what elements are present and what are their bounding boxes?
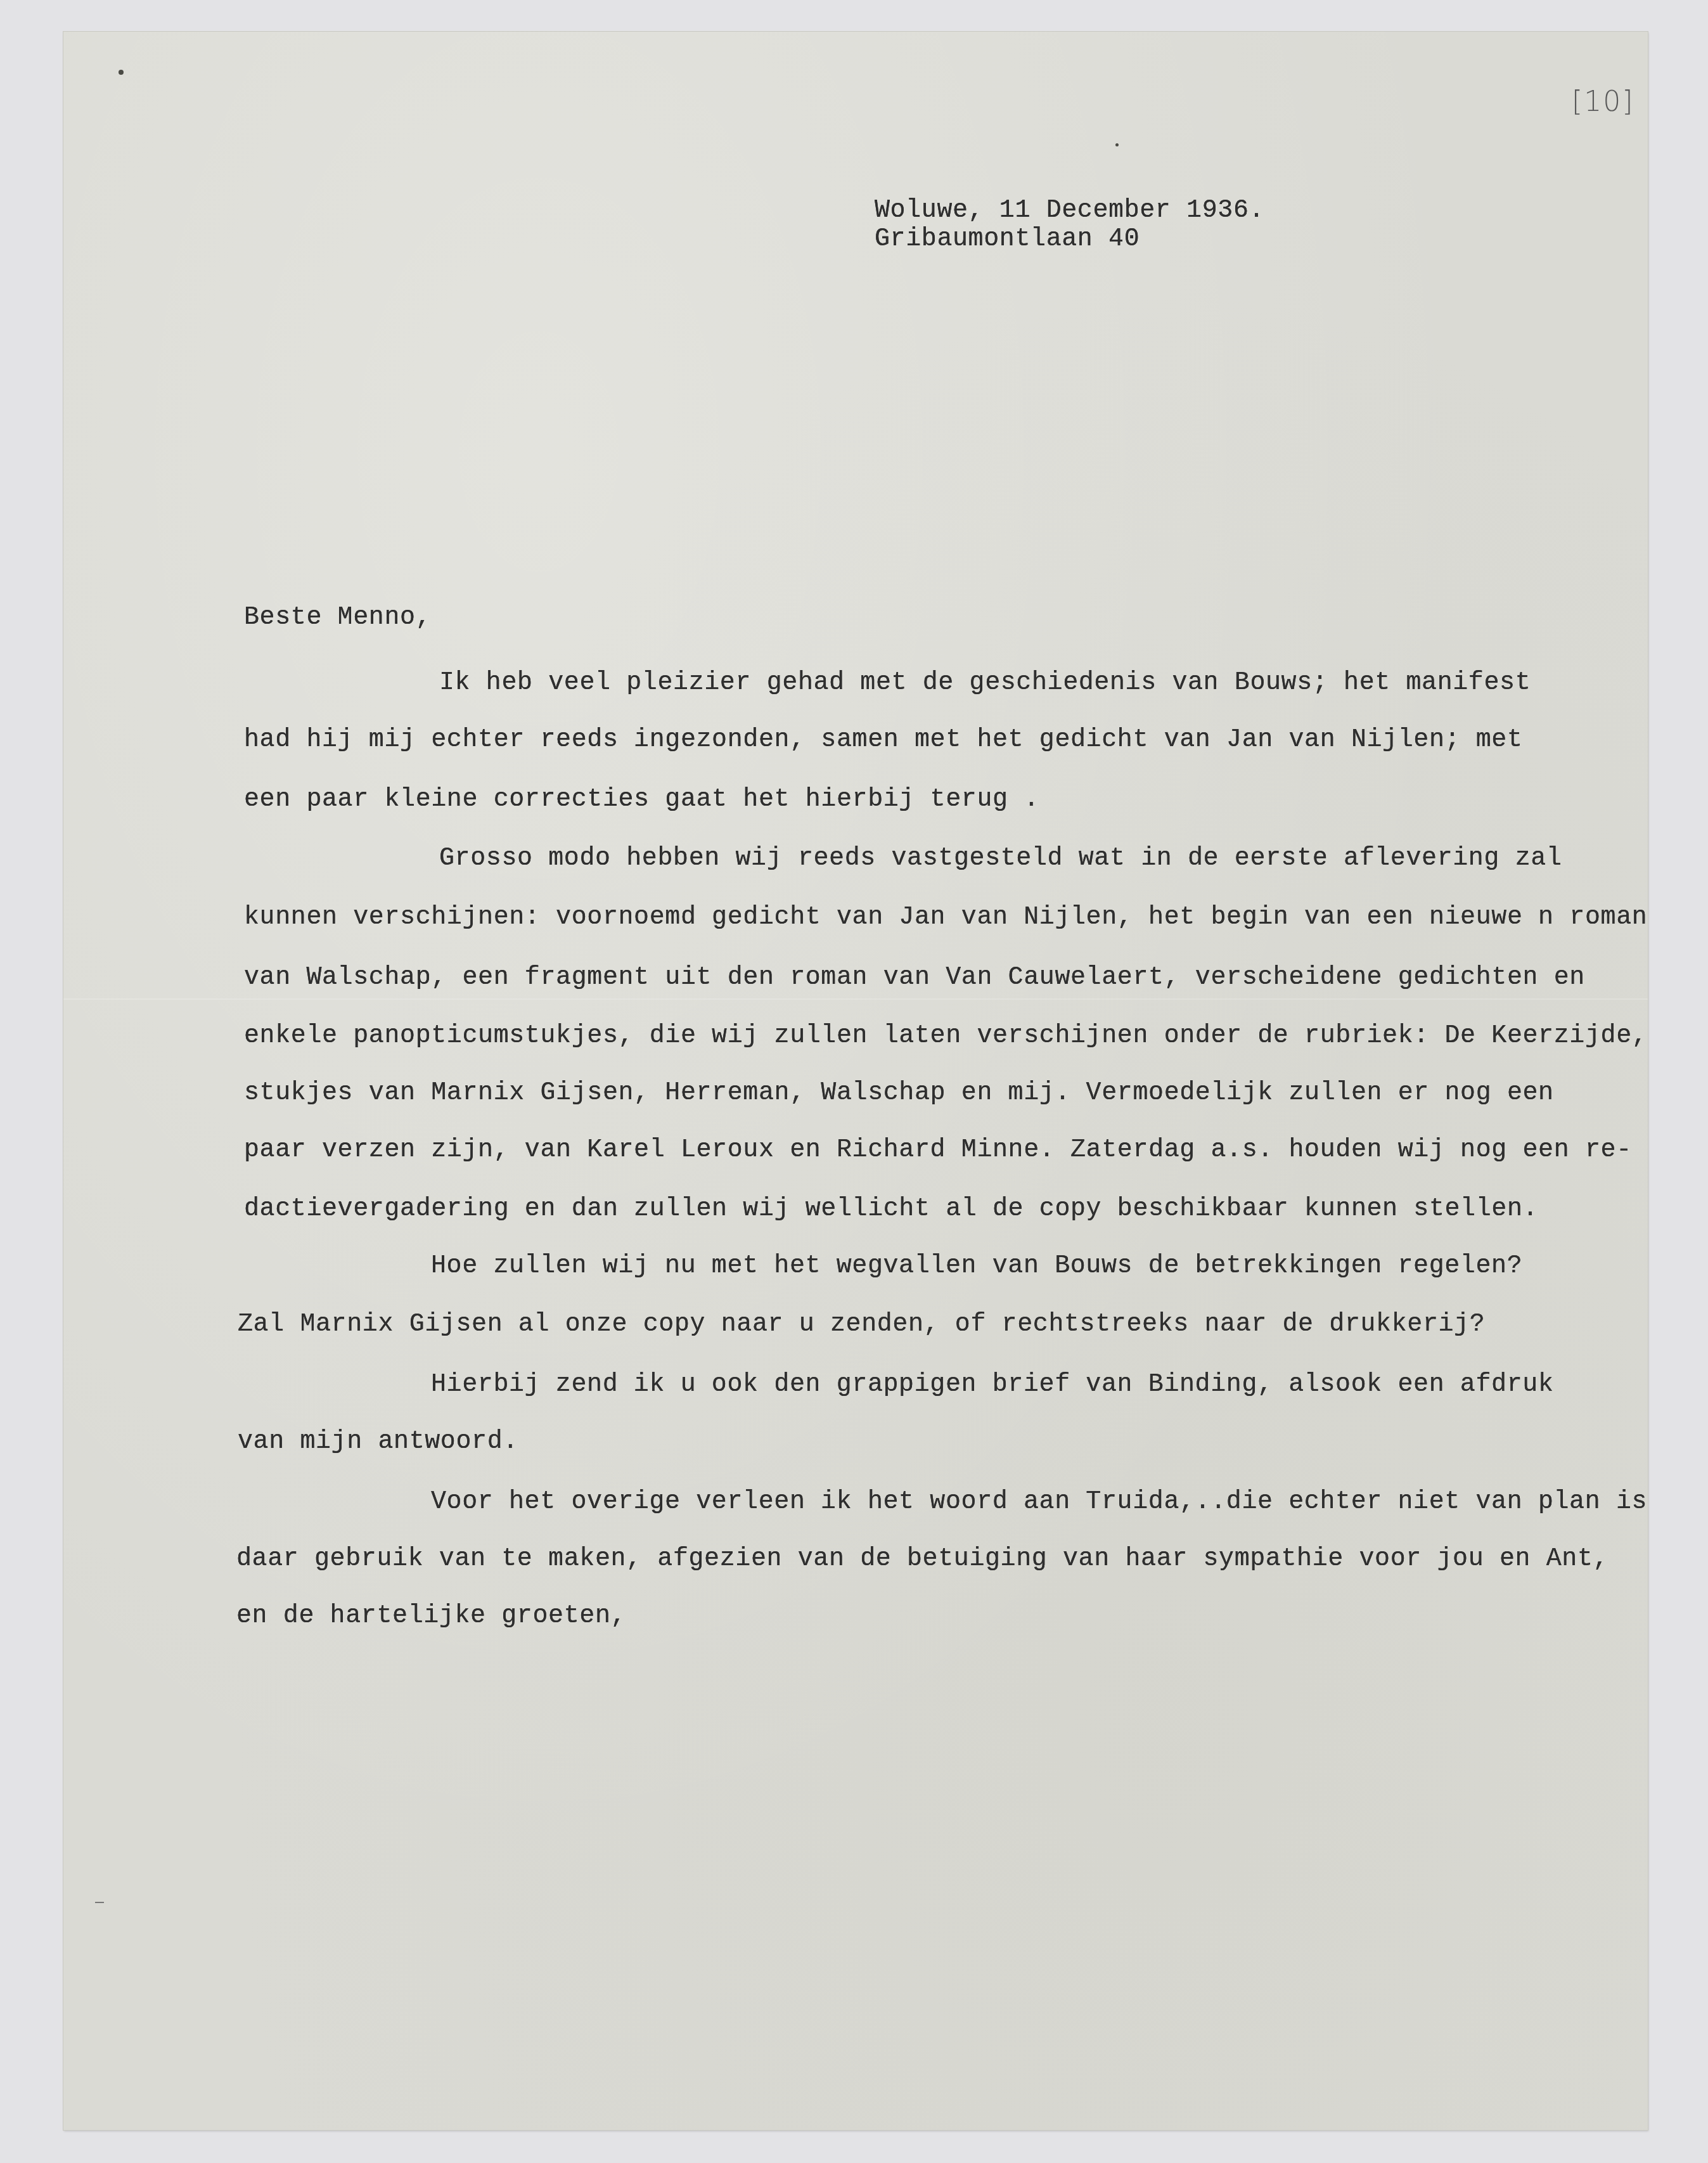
address: Gribaumontlaan 40 [875, 227, 1140, 252]
paragraph-2-line-3: van Walschap, een fragment uit den roman… [244, 965, 1585, 991]
paragraph-2-line-4: enkele panopticumstukjes, die wij zullen… [244, 1024, 1647, 1049]
paragraph-1-line-1: Ik heb veel pleizier gehad met de geschi… [439, 671, 1531, 696]
place-date: Woluwe, 11 December 1936. [875, 198, 1264, 224]
paragraph-3-line-1: Hoe zullen wij nu met het wegvallen van … [431, 1254, 1522, 1279]
paragraph-2-line-1: Grosso modo hebben wij reeds vastgesteld… [439, 846, 1562, 872]
margin-tick [95, 1902, 104, 1903]
paragraph-3-line-2: Zal Marnix Gijsen al onze copy naar u ze… [238, 1312, 1485, 1338]
paragraph-4-line-2: van mijn antwoord. [238, 1430, 518, 1455]
paragraph-1-line-2: had hij mij echter reeds ingezonden, sam… [244, 728, 1523, 753]
paragraph-2-line-7: dactievergadering en dan zullen wij well… [244, 1197, 1538, 1222]
paragraph-2-line-5: stukjes van Marnix Gijsen, Herreman, Wal… [244, 1081, 1554, 1106]
archive-number: [10] [1572, 86, 1634, 118]
paragraph-5-line-1: Voor het overige verleen ik het woord aa… [431, 1490, 1647, 1515]
paragraph-5-line-3: en de hartelijke groeten, [236, 1604, 626, 1629]
paragraph-1-line-3: een paar kleine correcties gaat het hier… [244, 787, 1039, 813]
paragraph-2-line-2: kunnen verschijnen: voornoemd gedicht va… [244, 905, 1647, 931]
salutation: Beste Menno, [244, 605, 431, 631]
paragraph-2-line-6: paar verzen zijn, van Karel Leroux en Ri… [244, 1138, 1632, 1163]
paragraph-5-line-2: daar gebruik van te maken, afgezien van … [236, 1547, 1608, 1572]
paper-speck [1115, 143, 1119, 146]
paragraph-4-line-1: Hierbij zend ik u ook den grappigen brie… [431, 1372, 1553, 1398]
paper-fold [63, 998, 1648, 1000]
paper-speck [119, 70, 124, 75]
